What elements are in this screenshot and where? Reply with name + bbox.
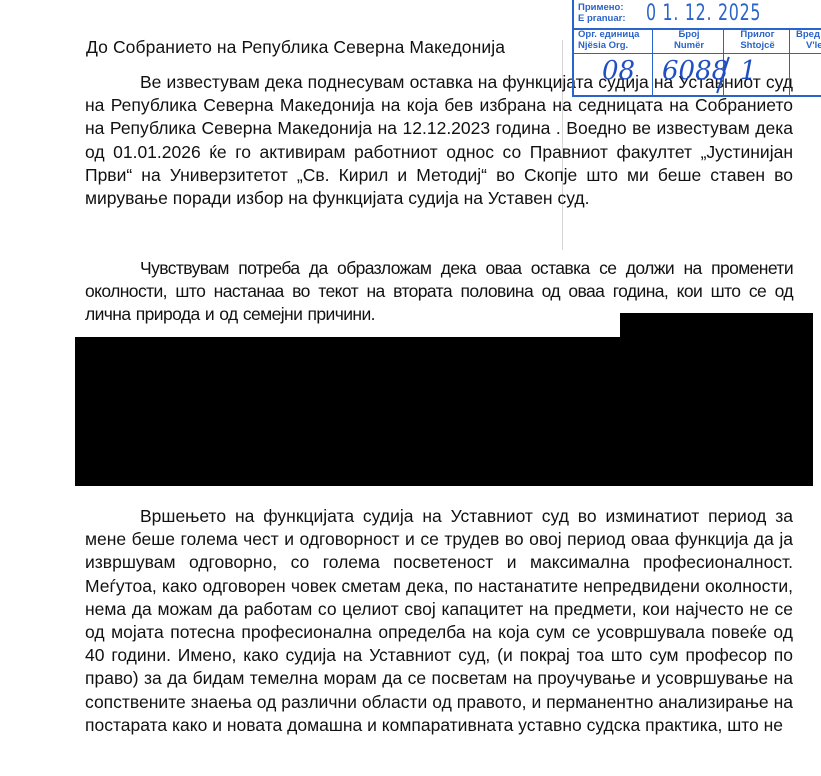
stamp-col-org-label-sq: Njësia Org. xyxy=(578,41,628,51)
addressee-line: До Собранието на Република Северна Макед… xyxy=(86,37,505,58)
stamp-col-attachment-label-sq: Shtojcë xyxy=(725,41,790,51)
stamp-col-number-label-mk: Број xyxy=(654,30,724,40)
stamp-col-value-label-mk: Вред xyxy=(796,30,820,40)
paragraph-text: Вршењето на функцијата судија на Уставни… xyxy=(85,506,793,735)
document-page: До Собранието на Република Северна Макед… xyxy=(0,0,821,776)
stamp-received-row: Примено: E pranuar: 0 1. 12. 2025 xyxy=(574,0,821,30)
stamp-number-value: 6088 xyxy=(662,56,728,86)
stamp-col-value-label-sq: V'le xyxy=(806,41,821,51)
stamp-received-date: 0 1. 12. 2025 xyxy=(646,1,761,26)
redaction-box-block xyxy=(75,337,813,486)
stamp-col-attachment-label-mk: Прилог xyxy=(725,30,790,40)
stamp-org-unit-value: 08 xyxy=(602,56,635,86)
registry-stamp: Примено: E pranuar: 0 1. 12. 2025 Орг. е… xyxy=(572,0,821,97)
stamp-header-row: Орг. единица Njësia Org. Број Numër Прил… xyxy=(574,29,821,54)
stamp-received-label-mk: Примено: xyxy=(578,3,624,13)
stamp-col-org-label-mk: Орг. единица xyxy=(578,30,639,40)
stamp-values-row: 08 6088 1 xyxy=(574,54,821,95)
stamp-col-number-label-sq: Numër xyxy=(654,41,724,51)
paragraph-service-reflection: Вршењето на функцијата судија на Уставни… xyxy=(85,505,793,737)
stamp-attachment-value: 1 xyxy=(740,56,757,86)
redaction-box-inline xyxy=(620,313,813,339)
stamp-received-label-sq: E pranuar: xyxy=(578,14,626,24)
